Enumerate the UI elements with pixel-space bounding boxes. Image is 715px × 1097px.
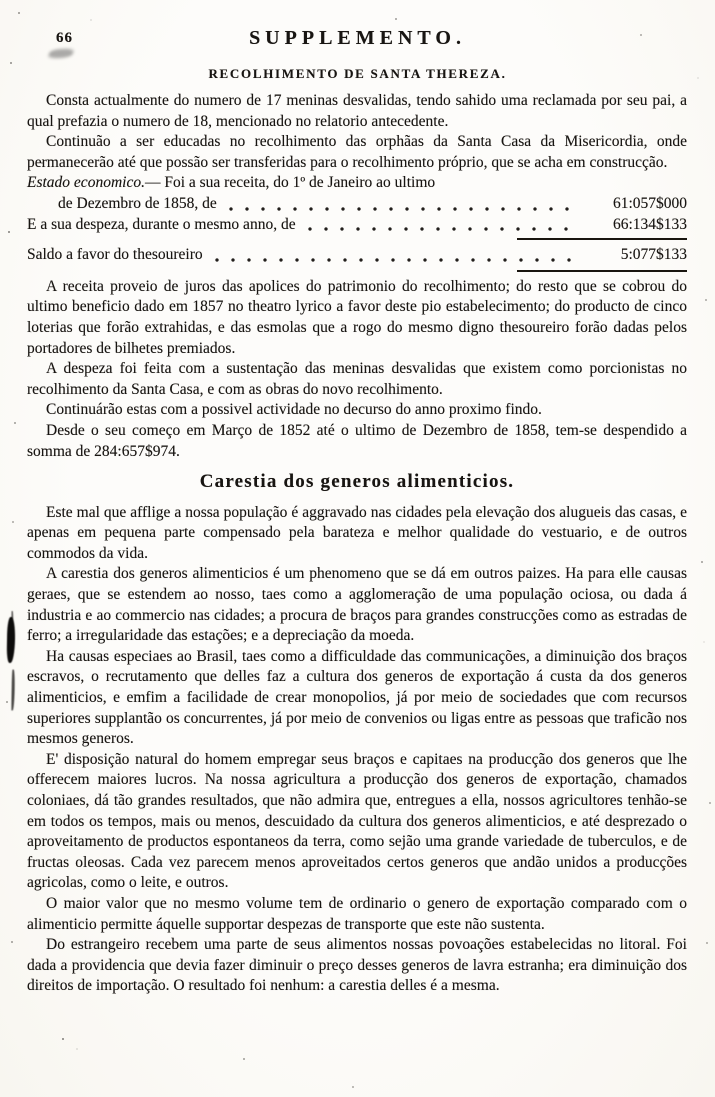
article-paragraph: A carestia dos generos alimenticios é um… (27, 564, 687, 646)
account-row-amount: 61:057$000 (589, 194, 687, 215)
report-paragraph: Consta actualmente do numero de 17 menin… (27, 91, 687, 132)
article-heading: Carestia dos generos alimenticios. (27, 472, 687, 493)
report-paragraph: Continuárão estas com a possivel activid… (27, 400, 687, 421)
article-paragraph: Do estrangeiro recebem uma parte de seus… (27, 935, 687, 997)
account-lead-line: Estado economico.— Foi a sua receita, do… (27, 173, 687, 194)
account-row-label: E a sua despeza, durante o mesmo anno, d… (27, 215, 296, 236)
report-paragraph: A receita proveio de juros das apolices … (27, 277, 687, 359)
dot-leader (229, 207, 579, 211)
account-row-amount: 66:134$133 (589, 215, 687, 236)
dot-leader (215, 258, 579, 262)
article-paragraph: Ha causas especiaes ao Brasil, taes como… (27, 647, 687, 750)
table-rule (517, 238, 687, 240)
account-row-despeza: E a sua despeza, durante o mesmo anno, d… (27, 215, 687, 236)
article-paragraph: O maior valor que no mesmo volume tem de… (27, 894, 687, 935)
report-paragraph: A despeza foi feita com a sustentação da… (27, 359, 687, 400)
account-row-label: de Dezembro de 1858, de (58, 194, 217, 215)
dot-leader (308, 227, 579, 231)
section-title: RECOLHIMENTO DE SANTA THEREZA. (0, 66, 715, 82)
account-lead-italic: Estado economico. (27, 174, 145, 191)
document-page: 66 SUPPLEMENTO. RECOLHIMENTO DE SANTA TH… (0, 0, 715, 1097)
report-paragraph: Desde o seu começo em Março de 1852 até … (27, 421, 687, 462)
account-row-saldo: Saldo a favor do thesoureiro 5:077$133 (27, 245, 687, 266)
account-row-amount: 5:077$133 (589, 245, 687, 266)
account-row-receita: de Dezembro de 1858, de 61:057$000 (27, 194, 687, 215)
ink-blot (7, 617, 16, 663)
page-header: 66 SUPPLEMENTO. (0, 0, 715, 60)
account-row-label: Saldo a favor do thesoureiro (27, 245, 203, 266)
report-paragraph: Continuão a ser educadas no recolhimento… (27, 132, 687, 173)
article-paragraph: E' disposição natural do homem empregar … (27, 750, 687, 894)
article-paragraph: Este mal que afflige a nossa população é… (27, 503, 687, 565)
account-lead-text: — Foi a sua receita, do 1º de Janeiro ao… (145, 174, 435, 191)
account-statement: Estado economico.— Foi a sua receita, do… (27, 173, 687, 271)
page-title: SUPPLEMENTO. (0, 27, 715, 50)
table-rule (517, 270, 687, 272)
document-body: Consta actualmente do numero de 17 menin… (27, 91, 687, 997)
